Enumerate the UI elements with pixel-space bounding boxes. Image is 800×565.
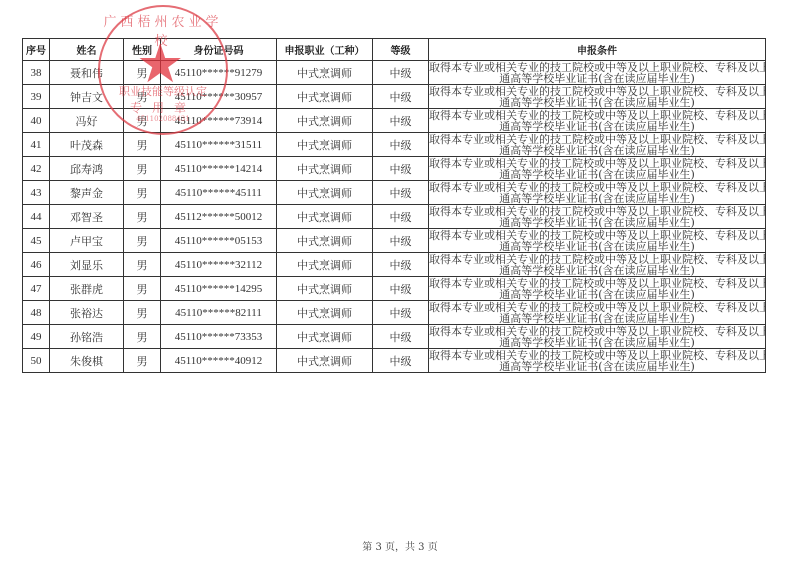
cell-seq: 42 — [23, 157, 50, 181]
cell-occupation: 中式烹调师 — [277, 349, 373, 373]
cell-seq: 48 — [23, 301, 50, 325]
cell-occupation: 中式烹调师 — [277, 61, 373, 85]
cell-id-number: 45110******31511 — [161, 133, 277, 157]
cell-name: 邱寿鸿 — [50, 157, 124, 181]
cell-name: 张裕达 — [50, 301, 124, 325]
table-row: 47张群虎男45110******14295中式烹调师中级取得本专业或相关专业的… — [23, 277, 766, 301]
header-occupation: 申报职业（工种） — [277, 39, 373, 61]
table-row: 44邓智圣男45112******50012中式烹调师中级取得本专业或相关专业的… — [23, 205, 766, 229]
cell-gender: 男 — [124, 277, 161, 301]
cell-id-number: 45110******82111 — [161, 301, 277, 325]
cell-occupation: 中式烹调师 — [277, 229, 373, 253]
cell-id-number: 45110******05153 — [161, 229, 277, 253]
table-row: 42邱寿鸿男45110******14214中式烹调师中级取得本专业或相关专业的… — [23, 157, 766, 181]
conditions-line-2: 通高等学校毕业证书(含在读应届毕业生) — [499, 144, 695, 157]
cell-level: 中级 — [373, 325, 429, 349]
conditions-line-2: 通高等学校毕业证书(含在读应届毕业生) — [499, 336, 695, 349]
cell-occupation: 中式烹调师 — [277, 85, 373, 109]
cell-conditions: 取得本专业或相关专业的技工院校或中等及以上职业院校、专科及以上普通高等学校毕业证… — [429, 61, 766, 85]
cell-conditions: 取得本专业或相关专业的技工院校或中等及以上职业院校、专科及以上普通高等学校毕业证… — [429, 229, 766, 253]
cell-level: 中级 — [373, 301, 429, 325]
cell-gender: 男 — [124, 181, 161, 205]
cell-occupation: 中式烹调师 — [277, 253, 373, 277]
cell-name: 朱俊棋 — [50, 349, 124, 373]
cell-occupation: 中式烹调师 — [277, 301, 373, 325]
conditions-line-2: 通高等学校毕业证书(含在读应届毕业生) — [499, 240, 695, 253]
cell-name: 冯好 — [50, 109, 124, 133]
cell-name: 邓智圣 — [50, 205, 124, 229]
page-number: 第 3 页，共 3 页 — [0, 538, 800, 553]
cell-id-number: 45112******50012 — [161, 205, 277, 229]
cell-conditions: 取得本专业或相关专业的技工院校或中等及以上职业院校、专科及以上普通高等学校毕业证… — [429, 349, 766, 373]
cell-level: 中级 — [373, 181, 429, 205]
cell-seq: 44 — [23, 205, 50, 229]
cell-conditions: 取得本专业或相关专业的技工院校或中等及以上职业院校、专科及以上普通高等学校毕业证… — [429, 301, 766, 325]
cell-gender: 男 — [124, 253, 161, 277]
applicant-table: 序号 姓名 性别 身份证号码 申报职业（工种） 等级 申报条件 38聂和伟男45… — [22, 38, 766, 373]
cell-id-number: 45110******40912 — [161, 349, 277, 373]
cell-seq: 46 — [23, 253, 50, 277]
cell-name: 卢甲宝 — [50, 229, 124, 253]
cell-occupation: 中式烹调师 — [277, 205, 373, 229]
cell-conditions: 取得本专业或相关专业的技工院校或中等及以上职业院校、专科及以上普通高等学校毕业证… — [429, 325, 766, 349]
conditions-line-2: 通高等学校毕业证书(含在读应届毕业生) — [499, 192, 695, 205]
cell-gender: 男 — [124, 205, 161, 229]
cell-level: 中级 — [373, 277, 429, 301]
cell-id-number: 45110******45111 — [161, 181, 277, 205]
table-row: 45卢甲宝男45110******05153中式烹调师中级取得本专业或相关专业的… — [23, 229, 766, 253]
cell-gender: 男 — [124, 61, 161, 85]
header-name: 姓名 — [50, 39, 124, 61]
cell-seq: 40 — [23, 109, 50, 133]
cell-level: 中级 — [373, 133, 429, 157]
cell-gender: 男 — [124, 157, 161, 181]
cell-seq: 39 — [23, 85, 50, 109]
cell-occupation: 中式烹调师 — [277, 157, 373, 181]
header-gender: 性别 — [124, 39, 161, 61]
cell-id-number: 45110******30957 — [161, 85, 277, 109]
table-row: 41叶茂森男45110******31511中式烹调师中级取得本专业或相关专业的… — [23, 133, 766, 157]
cell-seq: 50 — [23, 349, 50, 373]
cell-level: 中级 — [373, 157, 429, 181]
table-row: 49孙铭浩男45110******73353中式烹调师中级取得本专业或相关专业的… — [23, 325, 766, 349]
table-row: 40冯好男45110******73914中式烹调师中级取得本专业或相关专业的技… — [23, 109, 766, 133]
cell-gender: 男 — [124, 301, 161, 325]
cell-name: 聂和伟 — [50, 61, 124, 85]
cell-level: 中级 — [373, 85, 429, 109]
cell-name: 黎声金 — [50, 181, 124, 205]
cell-gender: 男 — [124, 229, 161, 253]
cell-id-number: 45110******73914 — [161, 109, 277, 133]
cell-name: 张群虎 — [50, 277, 124, 301]
conditions-line-2: 通高等学校毕业证书(含在读应届毕业生) — [499, 264, 695, 277]
cell-gender: 男 — [124, 325, 161, 349]
conditions-line-2: 通高等学校毕业证书(含在读应届毕业生) — [499, 96, 695, 109]
conditions-line-2: 通高等学校毕业证书(含在读应届毕业生) — [499, 216, 695, 229]
cell-occupation: 中式烹调师 — [277, 109, 373, 133]
cell-gender: 男 — [124, 85, 161, 109]
cell-level: 中级 — [373, 349, 429, 373]
table-header-row: 序号 姓名 性别 身份证号码 申报职业（工种） 等级 申报条件 — [23, 39, 766, 61]
cell-conditions: 取得本专业或相关专业的技工院校或中等及以上职业院校、专科及以上普通高等学校毕业证… — [429, 181, 766, 205]
conditions-line-2: 通高等学校毕业证书(含在读应届毕业生) — [499, 288, 695, 301]
header-id: 身份证号码 — [161, 39, 277, 61]
conditions-line-2: 通高等学校毕业证书(含在读应届毕业生) — [499, 72, 695, 85]
cell-level: 中级 — [373, 205, 429, 229]
cell-occupation: 中式烹调师 — [277, 181, 373, 205]
cell-id-number: 45110******32112 — [161, 253, 277, 277]
cell-occupation: 中式烹调师 — [277, 325, 373, 349]
cell-name: 孙铭浩 — [50, 325, 124, 349]
cell-gender: 男 — [124, 109, 161, 133]
cell-conditions: 取得本专业或相关专业的技工院校或中等及以上职业院校、专科及以上普通高等学校毕业证… — [429, 133, 766, 157]
cell-seq: 45 — [23, 229, 50, 253]
cell-id-number: 45110******14214 — [161, 157, 277, 181]
cell-id-number: 45110******14295 — [161, 277, 277, 301]
header-conditions: 申报条件 — [429, 39, 766, 61]
conditions-line-2: 通高等学校毕业证书(含在读应届毕业生) — [499, 312, 695, 325]
cell-occupation: 中式烹调师 — [277, 277, 373, 301]
cell-level: 中级 — [373, 253, 429, 277]
cell-name: 钟吉文 — [50, 85, 124, 109]
cell-name: 叶茂森 — [50, 133, 124, 157]
cell-id-number: 45110******91279 — [161, 61, 277, 85]
table-row: 46刘显乐男45110******32112中式烹调师中级取得本专业或相关专业的… — [23, 253, 766, 277]
header-level: 等级 — [373, 39, 429, 61]
header-seq: 序号 — [23, 39, 50, 61]
cell-name: 刘显乐 — [50, 253, 124, 277]
cell-conditions: 取得本专业或相关专业的技工院校或中等及以上职业院校、专科及以上普通高等学校毕业证… — [429, 277, 766, 301]
table-row: 39钟吉文男45110******30957中式烹调师中级取得本专业或相关专业的… — [23, 85, 766, 109]
cell-conditions: 取得本专业或相关专业的技工院校或中等及以上职业院校、专科及以上普通高等学校毕业证… — [429, 109, 766, 133]
cell-gender: 男 — [124, 349, 161, 373]
cell-conditions: 取得本专业或相关专业的技工院校或中等及以上职业院校、专科及以上普通高等学校毕业证… — [429, 85, 766, 109]
cell-seq: 49 — [23, 325, 50, 349]
cell-conditions: 取得本专业或相关专业的技工院校或中等及以上职业院校、专科及以上普通高等学校毕业证… — [429, 205, 766, 229]
cell-seq: 47 — [23, 277, 50, 301]
cell-seq: 43 — [23, 181, 50, 205]
cell-level: 中级 — [373, 61, 429, 85]
cell-id-number: 45110******73353 — [161, 325, 277, 349]
conditions-line-2: 通高等学校毕业证书(含在读应届毕业生) — [499, 120, 695, 133]
cell-level: 中级 — [373, 109, 429, 133]
table-row: 50朱俊棋男45110******40912中式烹调师中级取得本专业或相关专业的… — [23, 349, 766, 373]
cell-seq: 41 — [23, 133, 50, 157]
cell-occupation: 中式烹调师 — [277, 133, 373, 157]
conditions-line-2: 通高等学校毕业证书(含在读应届毕业生) — [499, 360, 695, 373]
cell-conditions: 取得本专业或相关专业的技工院校或中等及以上职业院校、专科及以上普通高等学校毕业证… — [429, 253, 766, 277]
table-row: 43黎声金男45110******45111中式烹调师中级取得本专业或相关专业的… — [23, 181, 766, 205]
conditions-line-2: 通高等学校毕业证书(含在读应届毕业生) — [499, 168, 695, 181]
cell-conditions: 取得本专业或相关专业的技工院校或中等及以上职业院校、专科及以上普通高等学校毕业证… — [429, 157, 766, 181]
table-row: 38聂和伟男45110******91279中式烹调师中级取得本专业或相关专业的… — [23, 61, 766, 85]
cell-level: 中级 — [373, 229, 429, 253]
cell-seq: 38 — [23, 61, 50, 85]
cell-gender: 男 — [124, 133, 161, 157]
table-row: 48张裕达男45110******82111中式烹调师中级取得本专业或相关专业的… — [23, 301, 766, 325]
